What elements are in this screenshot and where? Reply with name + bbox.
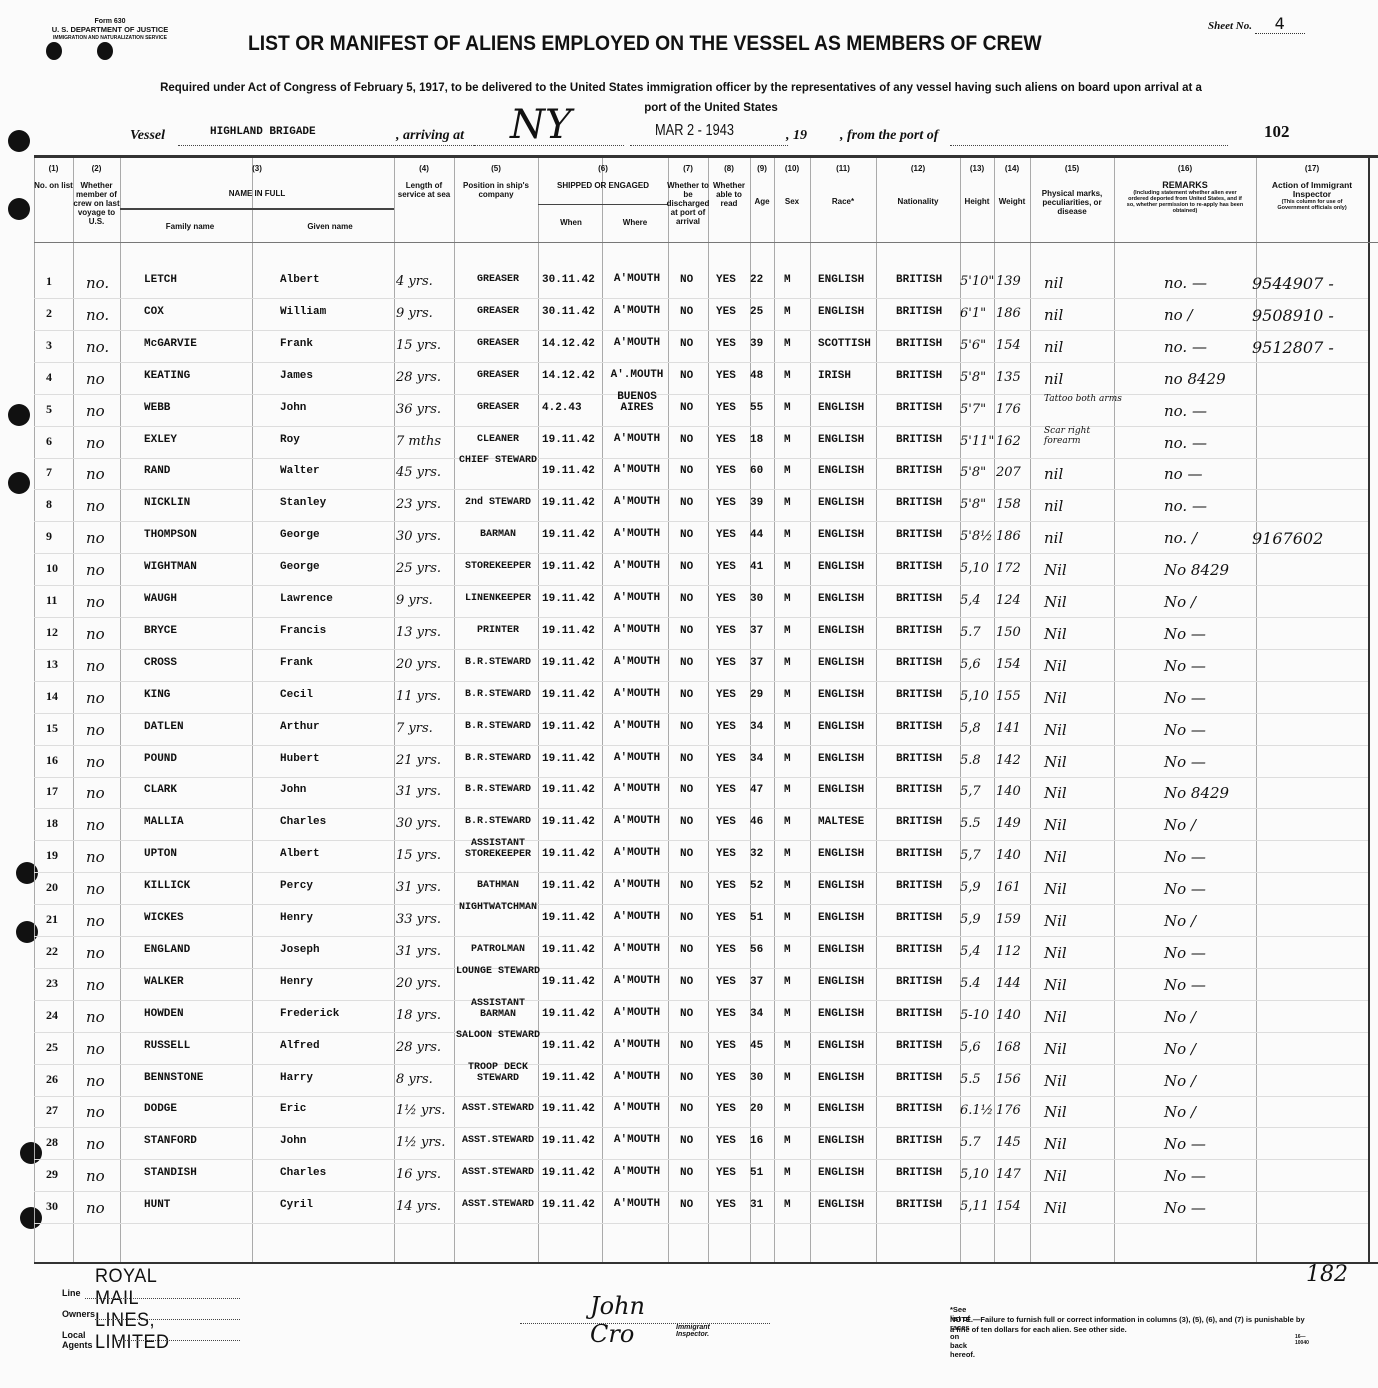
height: 5.5	[960, 1072, 996, 1087]
race: ENGLISH	[818, 1103, 878, 1115]
position: ASSISTANT BARMAN	[454, 998, 542, 1020]
physical-marks: nil	[1044, 529, 1124, 547]
position: LOUNGE STEWARD	[454, 966, 542, 977]
physical-marks: Nil	[1044, 721, 1124, 739]
local-agents-label: Local Agents	[62, 1330, 93, 1350]
position: CLEANER	[454, 434, 542, 445]
shipped-where: A'MOUTH	[604, 1008, 670, 1019]
discharge: NO	[680, 912, 706, 924]
height: 5,10	[960, 1167, 996, 1182]
row-number: 10	[46, 561, 70, 576]
nationality: BRITISH	[896, 306, 960, 318]
race: ENGLISH	[818, 1072, 878, 1084]
service-length: 23 yrs.	[396, 497, 454, 512]
age: 29	[750, 689, 772, 701]
height: 5,9	[960, 912, 996, 927]
service-length: 31 yrs.	[396, 880, 454, 895]
row-divider	[34, 1000, 1368, 1001]
able-to-read: YES	[716, 721, 746, 733]
nationality: BRITISH	[896, 1103, 960, 1115]
weight: 156	[996, 1072, 1030, 1087]
position: ASSISTANT STOREKEEPER	[454, 838, 542, 860]
age: 22	[750, 274, 772, 286]
remarks: no. —	[1164, 402, 1254, 420]
row-number: 19	[46, 848, 70, 863]
given-name: Percy	[280, 880, 390, 892]
col-header-race: (11)Race*	[810, 158, 876, 242]
row-divider	[34, 808, 1368, 809]
table-row: 22noENGLANDJoseph31 yrs.PATROLMAN19.11.4…	[34, 938, 1378, 969]
discharge: NO	[680, 274, 706, 286]
row-number: 9	[46, 529, 70, 544]
physical-marks: Nil	[1044, 880, 1124, 898]
position: ASST.STEWARD	[454, 1135, 542, 1146]
row-divider	[34, 362, 1368, 363]
arriving-underline	[474, 144, 624, 146]
shipped-when: 19.11.42	[542, 880, 602, 892]
discharge: NO	[680, 434, 706, 446]
height: 5'11"	[960, 434, 996, 449]
physical-marks: Nil	[1044, 848, 1124, 866]
table-row: 20noKILLICKPercy31 yrs.BATHMAN19.11.42A'…	[34, 874, 1378, 905]
vessel-name: HIGHLAND BRIGADE	[210, 126, 316, 138]
last-voyage: no	[86, 529, 120, 547]
family-name: WAUGH	[144, 593, 249, 605]
age: 30	[750, 1072, 772, 1084]
remarks: No /	[1164, 1072, 1254, 1090]
service-length: 15 yrs.	[396, 848, 454, 863]
discharge: NO	[680, 593, 706, 605]
position: GREASER	[454, 306, 542, 317]
table-row: 15noDATLENArthur7 yrs.B.R.STEWARD19.11.4…	[34, 715, 1378, 746]
able-to-read: YES	[716, 338, 746, 350]
row-number: 27	[46, 1103, 70, 1118]
remarks: No —	[1164, 976, 1254, 994]
row-number: 23	[46, 976, 70, 991]
nationality: BRITISH	[896, 465, 960, 477]
physical-marks: Tattoo both arms	[1044, 394, 1124, 404]
shipped-when: 14.12.42	[542, 338, 602, 350]
col-header-nationality: (12)Nationality	[876, 158, 960, 242]
sex: M	[784, 1135, 798, 1147]
row-number: 5	[46, 402, 70, 417]
shipped-where: A'MOUTH	[604, 465, 670, 476]
shipped-when: 14.12.42	[542, 370, 602, 382]
last-voyage: no	[86, 434, 120, 452]
position: BATHMAN	[454, 880, 542, 891]
sex: M	[784, 561, 798, 573]
sex: M	[784, 816, 798, 828]
family-name: EXLEY	[144, 434, 249, 446]
able-to-read: YES	[716, 625, 746, 637]
height: 5'8"	[960, 497, 996, 512]
remarks: No —	[1164, 689, 1254, 707]
race: ENGLISH	[818, 1199, 878, 1211]
given-name: William	[280, 306, 390, 318]
service-length: 1½ yrs.	[396, 1135, 454, 1150]
weight: 155	[996, 689, 1030, 704]
nationality: BRITISH	[896, 529, 960, 541]
shipped-when: 19.11.42	[542, 976, 602, 988]
inspector-signature: John Cro	[590, 1292, 645, 1348]
shipped-where: A'MOUTH	[604, 912, 670, 923]
shipped-where: A'MOUTH	[604, 434, 670, 445]
row-number: 4	[46, 370, 70, 385]
family-name: DATLEN	[144, 721, 249, 733]
discharge: NO	[680, 689, 706, 701]
able-to-read: YES	[716, 1008, 746, 1020]
shipped-where: A'MOUTH	[604, 880, 670, 891]
agents-underline	[118, 1339, 240, 1341]
race: ENGLISH	[818, 306, 878, 318]
table-row: 28noSTANFORDJohn1½ yrs.ASST.STEWARD19.11…	[34, 1129, 1378, 1160]
last-voyage: no.	[86, 306, 120, 324]
row-number: 13	[46, 657, 70, 672]
manifest-page: Form 630 U. S. DEPARTMENT OF JUSTICE IMM…	[0, 0, 1378, 1388]
owners-underline	[95, 1318, 240, 1320]
discharge: NO	[680, 402, 706, 414]
row-divider	[34, 553, 1368, 554]
discharge: NO	[680, 816, 706, 828]
able-to-read: YES	[716, 274, 746, 286]
last-voyage: no	[86, 784, 120, 802]
table-row: 18noMALLIACharles30 yrs.B.R.STEWARD19.11…	[34, 810, 1378, 841]
shipped-when: 19.11.42	[542, 561, 602, 573]
family-name: HOWDEN	[144, 1008, 249, 1020]
table-row: 21noWICKESHenry33 yrs.NIGHTWATCHMAN19.11…	[34, 906, 1378, 937]
age: 18	[750, 434, 772, 446]
shipped-where: A'MOUTH	[604, 816, 670, 827]
shipped-where: A'MOUTH	[604, 497, 670, 508]
physical-marks: Nil	[1044, 1199, 1124, 1217]
shipped-when: 19.11.42	[542, 657, 602, 669]
able-to-read: YES	[716, 657, 746, 669]
weight: 142	[996, 753, 1030, 768]
owners-label: Owners	[62, 1309, 95, 1319]
remarks: no. —	[1164, 274, 1254, 292]
family-name: KEATING	[144, 370, 249, 382]
race: ENGLISH	[818, 657, 878, 669]
sex: M	[784, 976, 798, 988]
race: ENGLISH	[818, 880, 878, 892]
shipped-when: 19.11.42	[542, 784, 602, 796]
family-name: THOMPSON	[144, 529, 249, 541]
service-length: 20 yrs.	[396, 657, 454, 672]
physical-marks: Nil	[1044, 784, 1124, 802]
binder-hole	[8, 198, 30, 220]
discharge: NO	[680, 944, 706, 956]
remarks: No —	[1164, 721, 1254, 739]
table-row: 27noDODGEEric1½ yrs.ASST.STEWARD19.11.42…	[34, 1097, 1378, 1128]
discharge: NO	[680, 465, 706, 477]
form-identifier: Form 630 U. S. DEPARTMENT OF JUSTICE IMM…	[40, 18, 180, 42]
weight: 186	[996, 529, 1030, 544]
discharge: NO	[680, 848, 706, 860]
sex: M	[784, 721, 798, 733]
table-row: 17noCLARKJohn31 yrs.B.R.STEWARD19.11.42A…	[34, 778, 1378, 809]
col-header-read: (8)Whether able to read	[708, 158, 750, 242]
given-name: Frank	[280, 657, 390, 669]
shipped-where: A'MOUTH	[604, 1167, 670, 1178]
binder-hole	[8, 130, 30, 152]
sex: M	[784, 1167, 798, 1179]
document-title: LIST OR MANIFEST OF ALIENS EMPLOYED ON T…	[240, 32, 1050, 56]
table-row: 19noUPTONAlbert15 yrs.ASSISTANT STOREKEE…	[34, 842, 1378, 873]
remarks: No —	[1164, 657, 1254, 675]
age: 20	[750, 1103, 772, 1115]
height: 5.5	[960, 816, 996, 831]
nationality: BRITISH	[896, 1135, 960, 1147]
race: ENGLISH	[818, 912, 878, 924]
col-header-remarks: (16)REMARKS(Including statement whether …	[1114, 158, 1256, 242]
weight: 149	[996, 816, 1030, 831]
remarks: No —	[1164, 753, 1254, 771]
row-number: 12	[46, 625, 70, 640]
family-name: COX	[144, 306, 249, 318]
vessel-info: Vessel HIGHLAND BRIGADE , arriving at NY…	[130, 120, 1310, 148]
service-length: 20 yrs.	[396, 976, 454, 991]
row-divider	[34, 936, 1368, 937]
height: 5,7	[960, 848, 996, 863]
given-name: Albert	[280, 848, 390, 860]
discharge: NO	[680, 1199, 706, 1211]
sex: M	[784, 434, 798, 446]
physical-marks: Nil	[1044, 593, 1124, 611]
row-number: 16	[46, 753, 70, 768]
binder-hole	[46, 42, 62, 60]
col-header-sex: (10)Sex	[774, 158, 810, 242]
race: ENGLISH	[818, 689, 878, 701]
last-voyage: no	[86, 465, 120, 483]
remarks: No /	[1164, 1040, 1254, 1058]
race: ENGLISH	[818, 848, 878, 860]
position: B.R.STEWARD	[454, 816, 542, 827]
service-length: 31 yrs.	[396, 944, 454, 959]
nationality: BRITISH	[896, 1199, 960, 1211]
service-length: 25 yrs.	[396, 561, 454, 576]
physical-marks: nil	[1044, 497, 1124, 515]
family-name: POUND	[144, 753, 249, 765]
service-length: 16 yrs.	[396, 1167, 454, 1182]
weight: 158	[996, 497, 1030, 512]
height: 6'1"	[960, 306, 996, 321]
nationality: BRITISH	[896, 976, 960, 988]
sex: M	[784, 1008, 798, 1020]
row-divider	[34, 585, 1368, 586]
requirement-text: Required under Act of Congress of Februa…	[66, 78, 1296, 118]
service-length: 11 yrs.	[396, 689, 454, 704]
able-to-read: YES	[716, 306, 746, 318]
shipped-where: BUENOS AIRES	[604, 392, 670, 414]
age: 39	[750, 497, 772, 509]
age: 31	[750, 1199, 772, 1211]
physical-marks: nil	[1044, 274, 1124, 292]
service-length: 13 yrs.	[396, 625, 454, 640]
race: ENGLISH	[818, 434, 878, 446]
weight: 150	[996, 625, 1030, 640]
family-name: LETCH	[144, 274, 249, 286]
height: 5-10	[960, 1008, 996, 1023]
position: GREASER	[454, 338, 542, 349]
family-name: DODGE	[144, 1103, 249, 1115]
position: STOREKEEPER	[454, 561, 542, 572]
height: 5.7	[960, 625, 996, 640]
given-name: George	[280, 561, 390, 573]
age: 32	[750, 848, 772, 860]
shipped-where: A'MOUTH	[604, 625, 670, 636]
given-name: Francis	[280, 625, 390, 637]
row-number: 7	[46, 465, 70, 480]
row-divider	[34, 489, 1368, 490]
discharge: NO	[680, 880, 706, 892]
row-divider	[34, 426, 1368, 427]
nationality: BRITISH	[896, 880, 960, 892]
line-underline	[85, 1297, 240, 1299]
table-row: 3no.McGARVIEFrank15 yrs.GREASER14.12.42A…	[34, 332, 1378, 363]
arrival-date: MAR 2 - 1943	[655, 122, 734, 140]
table-row: 14noKINGCecil11 yrs.B.R.STEWARD19.11.42A…	[34, 683, 1378, 714]
binder-hole	[8, 404, 30, 426]
family-name: KING	[144, 689, 249, 701]
row-number: 8	[46, 497, 70, 512]
height: 5,7	[960, 784, 996, 799]
given-name: Frank	[280, 338, 390, 350]
weight: 144	[996, 976, 1030, 991]
shipped-where: A'MOUTH	[604, 848, 670, 859]
row-divider	[34, 521, 1368, 522]
physical-marks: Nil	[1044, 1072, 1124, 1090]
shipped-when: 19.11.42	[542, 625, 602, 637]
weight: 154	[996, 338, 1030, 353]
age: 30	[750, 593, 772, 605]
shipped-when: 19.11.42	[542, 816, 602, 828]
given-name: Arthur	[280, 721, 390, 733]
race: ENGLISH	[818, 561, 878, 573]
age: 55	[750, 402, 772, 414]
table-row: 2no.COXWilliam9 yrs.GREASER30.11.42A'MOU…	[34, 300, 1378, 331]
table-row: 24noHOWDENFrederick18 yrs.ASSISTANT BARM…	[34, 1002, 1378, 1033]
age: 37	[750, 657, 772, 669]
shipped-when: 19.11.42	[542, 1008, 602, 1020]
age: 39	[750, 338, 772, 350]
last-voyage: no	[86, 816, 120, 834]
row-divider	[34, 649, 1368, 650]
able-to-read: YES	[716, 753, 746, 765]
row-number: 30	[46, 1199, 70, 1214]
able-to-read: YES	[716, 529, 746, 541]
height: 5,6	[960, 1040, 996, 1055]
last-voyage: no	[86, 689, 120, 707]
sex: M	[784, 912, 798, 924]
remarks: No /	[1164, 1008, 1254, 1026]
family-name: WIGHTMAN	[144, 561, 249, 573]
row-divider	[34, 968, 1368, 969]
discharge: NO	[680, 657, 706, 669]
last-voyage: no.	[86, 274, 120, 292]
row-divider	[34, 458, 1368, 459]
nationality: BRITISH	[896, 689, 960, 701]
position: ASST.STEWARD	[454, 1103, 542, 1114]
given-name: John	[280, 784, 390, 796]
given-name: Alfred	[280, 1040, 390, 1052]
table-row: 12noBRYCEFrancis13 yrs.PRINTER19.11.42A'…	[34, 619, 1378, 650]
from-port-underline	[950, 144, 1228, 146]
last-voyage: no	[86, 1040, 120, 1058]
sex: M	[784, 529, 798, 541]
remarks: No —	[1164, 1135, 1254, 1153]
shipped-where: A'MOUTH	[604, 721, 670, 732]
last-voyage: no	[86, 1135, 120, 1153]
able-to-read: YES	[716, 402, 746, 414]
age: 41	[750, 561, 772, 573]
able-to-read: YES	[716, 880, 746, 892]
col-header-last-voyage: (2)Whether member of crew on last voyage…	[73, 158, 120, 242]
weight: 162	[996, 434, 1030, 449]
service-length: 7 yrs.	[396, 721, 454, 736]
weight: 154	[996, 657, 1030, 672]
height: 5'8"	[960, 465, 996, 480]
discharge: NO	[680, 753, 706, 765]
able-to-read: YES	[716, 434, 746, 446]
height: 5.4	[960, 976, 996, 991]
remarks: no. —	[1164, 497, 1254, 515]
nationality: BRITISH	[896, 593, 960, 605]
sex: M	[784, 657, 798, 669]
col-header-position: (5)Position in ship's company	[454, 158, 538, 242]
sex: M	[784, 465, 798, 477]
given-name: Albert	[280, 274, 390, 286]
able-to-read: YES	[716, 784, 746, 796]
row-divider	[34, 394, 1368, 395]
service-length: 30 yrs.	[396, 529, 454, 544]
weight: 207	[996, 465, 1030, 480]
able-to-read: YES	[716, 1167, 746, 1179]
age: 51	[750, 912, 772, 924]
height: 5,6	[960, 657, 996, 672]
shipped-where: A'MOUTH	[604, 1199, 670, 1210]
race: ENGLISH	[818, 1008, 878, 1020]
age: 34	[750, 721, 772, 733]
row-number: 17	[46, 784, 70, 799]
age: 47	[750, 784, 772, 796]
family-name: CLARK	[144, 784, 249, 796]
service-length: 15 yrs.	[396, 338, 454, 353]
position: LINENKEEPER	[454, 593, 542, 604]
nationality: BRITISH	[896, 1008, 960, 1020]
row-divider	[34, 1159, 1368, 1160]
service-length: 36 yrs.	[396, 402, 454, 417]
physical-marks: Nil	[1044, 944, 1124, 962]
physical-marks: Nil	[1044, 561, 1124, 579]
position: SALOON STEWARD	[454, 1030, 542, 1041]
remarks: no. —	[1164, 338, 1254, 356]
physical-marks: nil	[1044, 306, 1124, 324]
race: ENGLISH	[818, 753, 878, 765]
last-voyage: no	[86, 976, 120, 994]
from-port-label: , from the port of	[840, 128, 938, 144]
service-length: 9 yrs.	[396, 593, 454, 608]
position: PRINTER	[454, 625, 542, 636]
age: 60	[750, 465, 772, 477]
row-number: 2	[46, 306, 70, 321]
shipped-where: A'MOUTH	[604, 753, 670, 764]
race: ENGLISH	[818, 1135, 878, 1147]
age: 51	[750, 1167, 772, 1179]
position: B.R.STEWARD	[454, 784, 542, 795]
physical-marks: Nil	[1044, 1103, 1124, 1121]
row-number: 22	[46, 944, 70, 959]
race: SCOTTISH	[818, 338, 878, 350]
